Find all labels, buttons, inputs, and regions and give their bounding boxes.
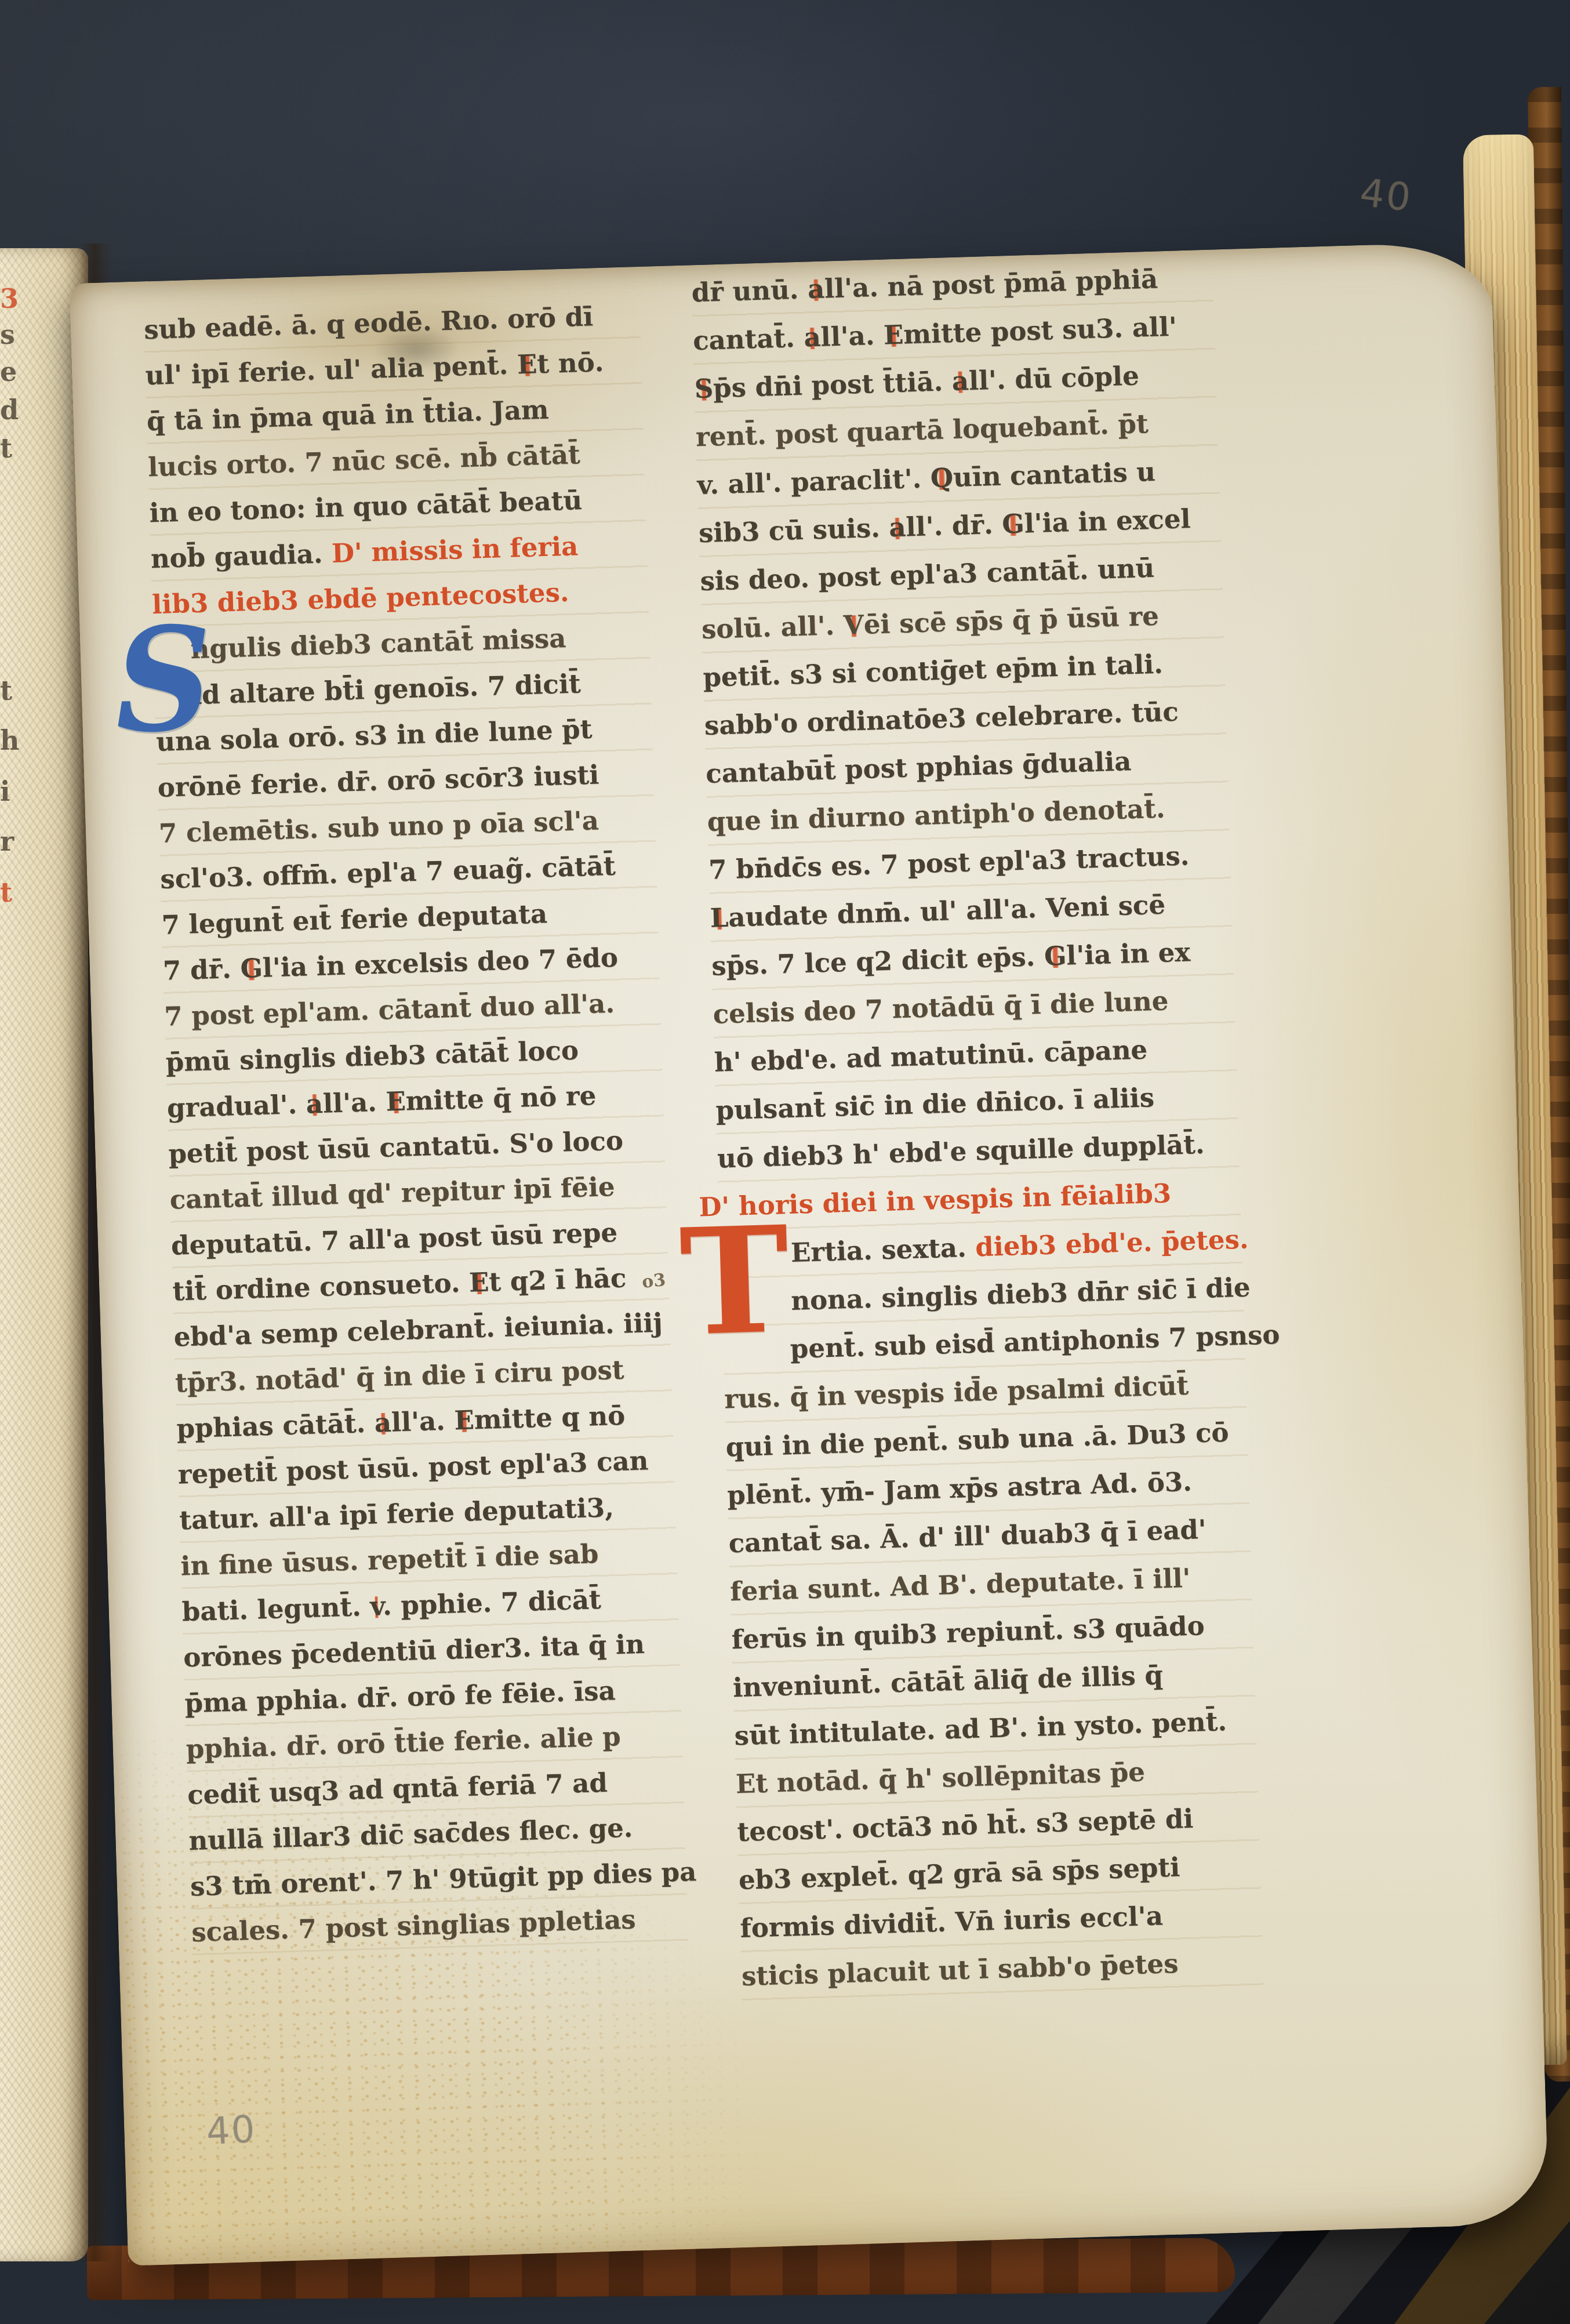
body-text: v	[370, 1591, 383, 1622]
body-text: 7 clemētis. sub uno p oīa scl'a	[158, 805, 599, 848]
body-text: 7 dr̄.	[162, 953, 241, 986]
body-text: audate dnm̄. ul' all'a. Veni scē	[728, 889, 1166, 933]
body-text: h' ebd'e. ad matutinū. cāpane	[714, 1034, 1147, 1078]
body-text: scales. 7 post singlias ppletias	[191, 1904, 636, 1948]
body-text: gradual'.	[166, 1089, 306, 1124]
body-text: nullā illar3 dic̄ sac̄des flec. ge.	[188, 1812, 633, 1856]
body-text: a	[804, 322, 822, 353]
body-text: sis deo. post epl'a3 cantāt̄. unū	[700, 553, 1155, 597]
facing-page-glyph-fragment: d	[0, 394, 19, 426]
body-text: bati. legunt̄.	[181, 1591, 370, 1628]
body-text: uīn cantatis u	[953, 456, 1155, 493]
body-text: tatur. all'a ipī ferie deputati3,	[179, 1492, 614, 1535]
body-text: 7 legunt̄ eıt̄ ferie deputata	[161, 898, 548, 941]
body-text: celsis deo 7 notādū q̄ ī die lune	[713, 985, 1169, 1029]
marginal-correction-note: o3	[641, 1270, 667, 1292]
body-text: una sola orō. s3 in die lune p̄t	[156, 714, 593, 757]
body-text: uō dieb3 h' ebd'e squille dupplāt̄.	[717, 1129, 1205, 1174]
folio-number-top-right: 40	[1358, 170, 1415, 220]
body-text: l'ia in excel	[1024, 503, 1191, 539]
body-text: nob̄ gaudia.	[150, 538, 332, 574]
body-text: rent̄. post quartā loquebant̄. p̄t	[695, 408, 1149, 452]
facing-page-sliver: 3sedtthirt	[0, 248, 88, 2261]
facing-page-glyph-fragment: r	[0, 826, 14, 857]
body-text: l'ia in excelsis deo 7 ēdo	[262, 942, 618, 983]
rubric-text: lib3 dieb3 ebdē pentecostes.	[152, 577, 570, 620]
body-text: V	[843, 609, 864, 641]
body-text: G	[1044, 941, 1067, 972]
body-text: solū. all'.	[701, 610, 844, 645]
facing-page-glyph-fragment: 3	[0, 283, 19, 314]
body-text: E	[386, 1086, 406, 1117]
body-text: orōnes p̄cedentiū dier3. ita q̄ in	[183, 1629, 645, 1673]
body-text: p̄ma pphia. dr̄. orō fe fēie. īsa	[184, 1675, 616, 1719]
facing-page-glyph-fragment: t	[0, 675, 12, 706]
body-text: cedit̄ usq3 ad qntā feriā 7 ad	[187, 1767, 608, 1810]
body-text: J	[492, 395, 505, 427]
body-text: in fine ūsus. repetit̄ ī die sab	[180, 1538, 599, 1581]
body-text: pent̄. sub eisd̄ antiphonis 7 psnso	[790, 1319, 1280, 1364]
body-text: cantat̄.	[692, 322, 804, 357]
body-text: tit̄ ordine consueto.	[172, 1267, 470, 1306]
body-text: L	[710, 902, 729, 934]
body-text: ll'a.	[820, 320, 884, 353]
body-text: sp̄s. 7 lce q2 dicit ep̄s.	[711, 941, 1044, 982]
body-text: Q	[930, 462, 954, 493]
illuminated-initial-t: T	[678, 1207, 791, 1356]
manuscript-photo: 3sedtthirt sub eadē. ā. q eodē. Rıo. orō…	[0, 0, 1570, 2324]
body-text: qui in die pent̄. sub una .ā. Du3 cō	[725, 1417, 1229, 1463]
facing-page-glyph-fragment: h	[0, 725, 19, 756]
body-text: v. all'. paraclit'.	[697, 463, 931, 500]
facing-page-glyph-fragment: e	[0, 356, 17, 387]
body-text: pphias cātāt̄.	[176, 1407, 375, 1444]
body-text: mitte post su3. all'	[903, 311, 1177, 350]
body-text: E	[468, 1266, 489, 1298]
body-text: ll'. dr̄.	[906, 509, 1002, 543]
body-text: pphia. dr̄. orō t̄tie ferie. alie p	[186, 1721, 621, 1764]
body-text: inveniunt̄. cātāt̄ āliq̄ de illis q̄	[732, 1660, 1163, 1703]
body-text: 7 bn̄dc̄s es. 7 post epl'a3 tractus.	[708, 840, 1190, 885]
body-text: eb3 explet̄. q2 grā sā sp̄s septi	[738, 1852, 1180, 1896]
body-text: petit̄ post ūsū cantatū. S'o loco	[168, 1125, 624, 1169]
body-text: dr̄ unū.	[691, 274, 808, 308]
body-text: ll'a.	[322, 1087, 386, 1119]
facing-page-glyph-fragment: t	[0, 877, 12, 908]
body-text: ngulis dieb3 cantāt̄ missa	[190, 623, 566, 664]
body-text: repetit̄ post ūsū. post epl'a3 can	[177, 1445, 649, 1490]
body-text: p̄s dn̄i post t̄tiā.	[713, 366, 952, 404]
body-text: lucis orto. 7 nūc scē. nb̄ cātāt̄	[147, 439, 580, 482]
body-text: am	[504, 394, 549, 426]
body-text: sabb'o ordinatōe3 celebrare. tūc	[704, 696, 1179, 741]
body-text: a	[889, 512, 907, 543]
body-text: E	[883, 319, 904, 350]
body-text: deputatū. 7 all'a post ūsū repe	[170, 1217, 617, 1261]
body-text: a	[374, 1407, 392, 1439]
body-text: in eo tono: in quo cātāt̄ beatū	[149, 485, 583, 528]
body-text: scl'o3. offm̄. epl'a 7 euag̃. cātāt̄	[160, 851, 616, 895]
body-text: a	[951, 365, 969, 397]
folio-number-bottom-left: 40	[205, 2108, 257, 2154]
body-text: sub eadē. ā. q eodē. Rıo. orō dī	[143, 301, 593, 345]
body-text: ll'a.	[391, 1405, 455, 1437]
body-text: p̄mū singlis dieb3 cātāt̄ loco	[165, 1035, 579, 1078]
body-text: ferūs in quib3 repiunt̄. s3 quādo	[731, 1610, 1205, 1655]
body-text: sib3 cū suis.	[698, 512, 889, 549]
body-text: pulsant̄ sic̄ in die dn̄ico. ī aliis	[715, 1082, 1155, 1125]
body-text: ll'a. nā post p̄mā pphiā	[824, 263, 1158, 304]
rubric-text: D' missis in feria	[331, 531, 579, 569]
body-text: mitte q nō	[474, 1400, 626, 1436]
body-text: t q2 ī hāc	[489, 1262, 627, 1297]
body-text: plēnt̄. ym̄- Jam xp̄s astra Ad. ō3.	[727, 1466, 1193, 1511]
body-text: tp̄r3. notād' q̄ in die ī ciru post	[175, 1355, 624, 1399]
body-text: sūt intitulate. ad B'. in ysto. pent̄.	[734, 1706, 1227, 1751]
body-text: orōnē ferie. dr̄. orō scōr3 iusti	[157, 759, 599, 803]
body-text: t nō.	[537, 347, 604, 379]
body-text: Et notād. q̄ h' sollēpnitas p̄e	[735, 1756, 1145, 1799]
body-text: a	[306, 1088, 324, 1120]
body-text: ad altare bt̄i genoīs. 7 dicit̄	[184, 668, 581, 710]
rubric-text: dieb3 ebd'e. p̄etes.	[975, 1224, 1249, 1263]
body-text: sticis placuit ut ī sabb'o p̄etes	[741, 1948, 1179, 1992]
body-text: feria sunt. Ad B'. deputate. ī ill'	[729, 1563, 1191, 1607]
body-text: cantabūt̄ post pphias ḡdualia	[706, 746, 1132, 789]
body-text: G	[240, 953, 263, 984]
facing-page-glyph-fragment: t	[0, 433, 12, 464]
body-text: q̄ tā in p̄ma quā in t̄tia.	[146, 396, 492, 437]
body-text: ēi scē sp̄s q̄ p̄ ūsū re	[863, 601, 1160, 640]
body-text: cantat̄ sa. Ā. d' ill' duab3 q̄ ī ead'	[728, 1514, 1206, 1559]
body-text: cantat̄ illud qd' repitur ipī fēie	[169, 1171, 615, 1215]
body-text: E	[517, 348, 537, 380]
body-text: mitte q̄ nō re	[405, 1080, 597, 1117]
body-text: ebd'a semp celebrant̄. ieiunia. iiij	[173, 1308, 663, 1353]
body-text: ul' ipī ferie. ul' alia pent̄.	[145, 349, 518, 391]
body-text: . pphie. 7 dicāt̄	[382, 1584, 601, 1621]
text-column-left: sub eadē. ā. q eodē. Rıo. orō dīul' ipī …	[143, 292, 688, 1955]
body-text: rus. q̄ in vespis id̄e psalmi dicūt̄	[724, 1370, 1189, 1415]
body-text: nona. singlis dieb3 dn̄r sic̄ ī die	[791, 1272, 1251, 1316]
facing-page-glyph-fragment: s	[0, 319, 15, 350]
body-text: Ertia. sexta.	[790, 1232, 976, 1268]
body-text: G	[1002, 508, 1025, 539]
facing-page-glyph-fragment: i	[0, 776, 10, 807]
body-text: formis dividit̄. Vn̄ iuris eccl'a	[740, 1900, 1164, 1944]
parchment-page: sub eadē. ā. q eodē. Rıo. orō dīul' ipī …	[70, 241, 1549, 2265]
body-text: ll'. dū cōple	[968, 360, 1139, 396]
body-text: E	[454, 1404, 475, 1436]
body-text: petit̄. s3 si contiḡet ep̄m in tali.	[703, 648, 1164, 693]
body-text: 7 post epl'am. cātant̄ duo all'a.	[164, 988, 615, 1032]
body-text: S	[694, 373, 714, 404]
body-text: a	[807, 274, 825, 305]
body-text: l'ia in ex	[1066, 936, 1191, 971]
body-text: tecost'. octā3 nō ht̄. s3 septē di	[737, 1803, 1194, 1847]
text-column-right: dr̄ unū. all'a. nā post p̄mā pphiācantat…	[691, 253, 1264, 2000]
body-text: que in diurno antiph'o denotat̄.	[707, 793, 1165, 837]
body-text: s3 tm̄ orent'. 7 h' 9tūgit pp dies pa	[190, 1856, 697, 1902]
illuminated-initial-s: S	[113, 607, 215, 753]
